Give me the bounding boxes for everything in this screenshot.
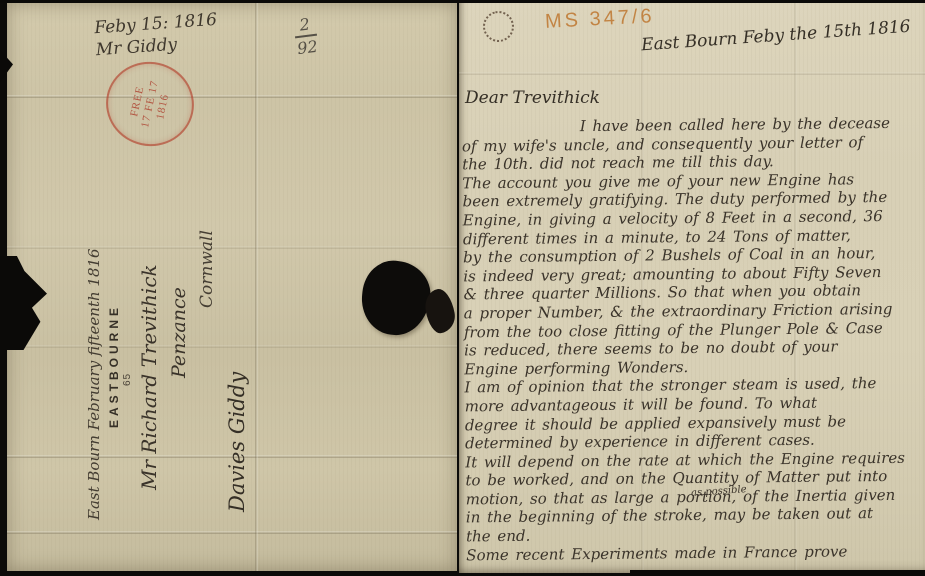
address-panel: East Bourn February fifteenth 1816 EASTB…	[81, 116, 269, 546]
letter-line: Some recent Experiments made in France p…	[466, 541, 924, 564]
eastbourne-postmark: EASTBOURNE	[107, 116, 122, 428]
scanned-letter-image: Feby 15: 1816 Mr Giddy 2 92 FREE 17 FE 1…	[0, 0, 925, 576]
address-county: Cornwall	[194, 116, 220, 308]
frank-dateline: East Bourn February fifteenth 1816	[81, 116, 107, 520]
fraction-numerator: 2	[293, 14, 318, 39]
address-town: Penzance	[164, 116, 194, 378]
postmark-mileage: 65	[122, 116, 134, 386]
frank-signature: Davies Giddy	[220, 116, 254, 512]
docket-annotation: Feby 15: 1816 Mr Giddy	[94, 9, 220, 61]
letter-dateline: East Bourn Feby the 15th 1816	[641, 17, 912, 56]
right-page: MS 347/6 East Bourn Feby the 15th 1816 D…	[459, 0, 925, 573]
left-page: Feby 15: 1816 Mr Giddy 2 92 FREE 17 FE 1…	[7, 3, 457, 571]
scan-background-edge	[630, 570, 925, 576]
fold-crease	[7, 95, 457, 98]
letter-salutation: Dear Trevithick	[465, 88, 600, 108]
fraction-denominator: 92	[295, 36, 319, 59]
scan-background-edge	[0, 0, 925, 3]
fold-crease	[459, 72, 925, 75]
wax-seal-hole	[358, 258, 433, 339]
archival-fraction: 2 92	[293, 14, 320, 58]
address-recipient: Mr Richard Trevithick	[134, 116, 164, 490]
library-stamp-icon	[480, 8, 517, 45]
manuscript-reference: MS 347/6	[544, 5, 655, 34]
